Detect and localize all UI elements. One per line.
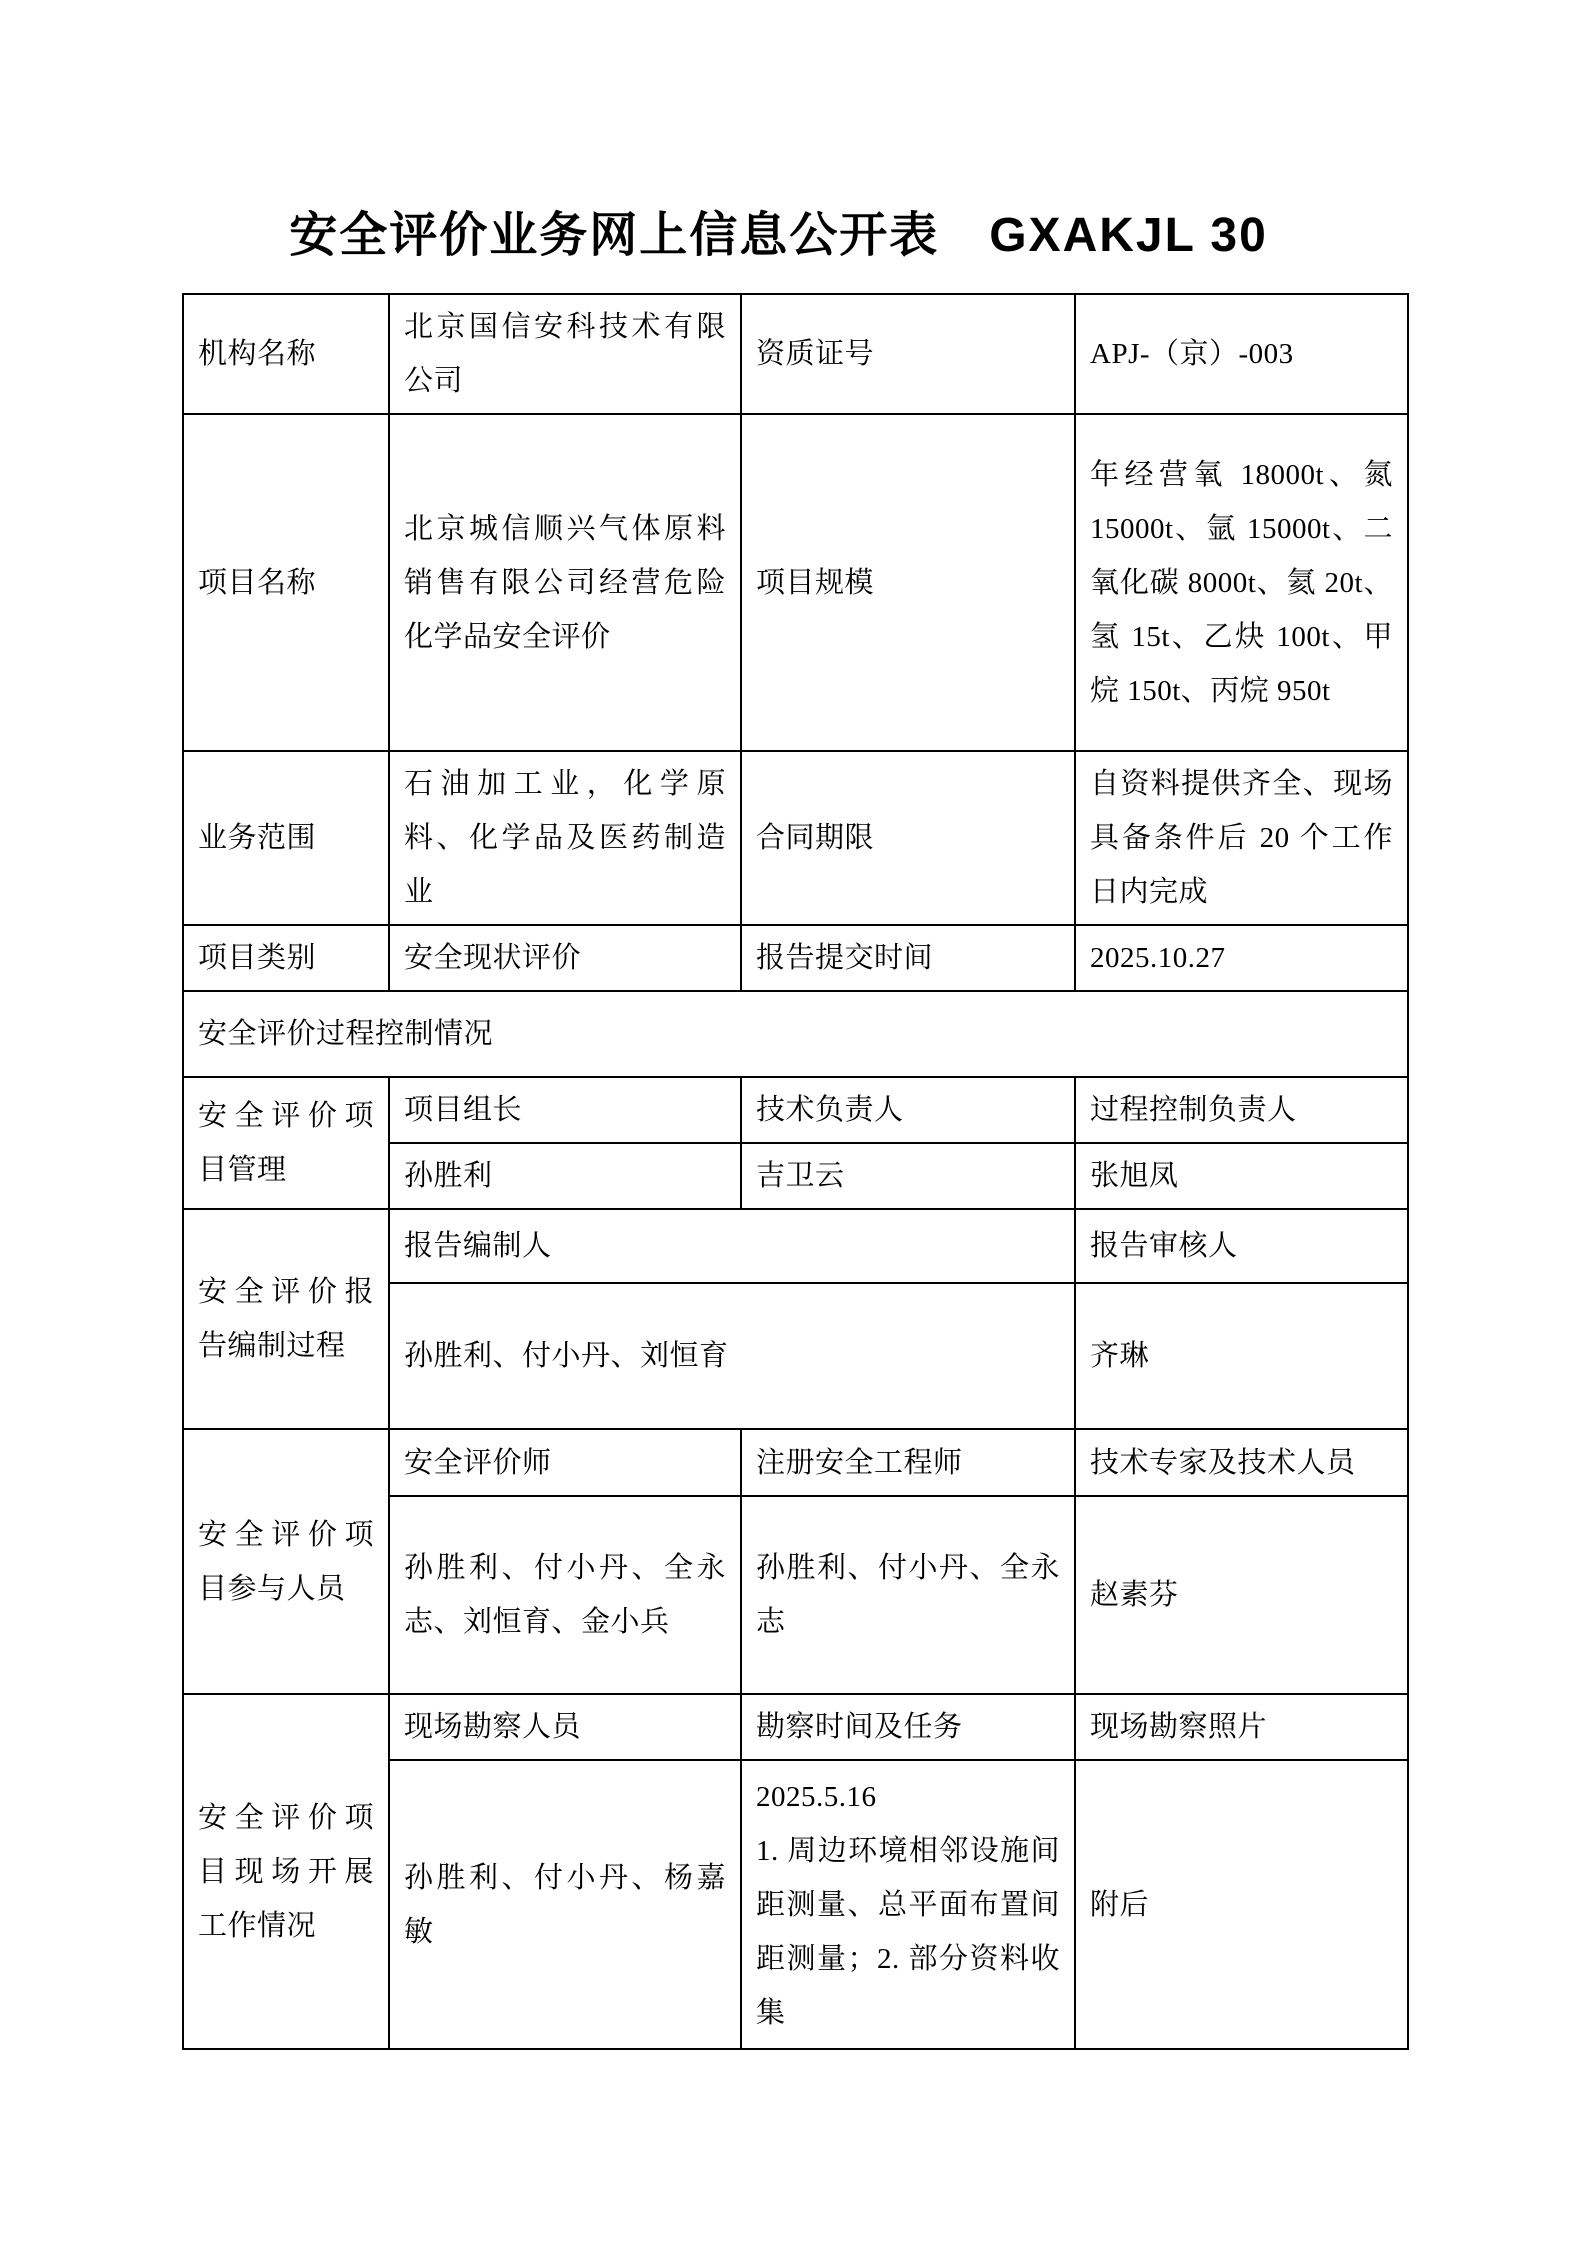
report-reviewer-label: 报告审核人 [1075,1209,1408,1283]
business-scope-value: 石油加工业，化学原料、化学品及医药制造业 [389,751,741,925]
table-row: 业务范围 石油加工业，化学原料、化学品及医药制造业 合同期限 自资料提供齐全、现… [183,751,1408,925]
tech-experts-value: 赵素芬 [1075,1496,1408,1694]
org-name-label: 机构名称 [183,294,389,414]
tech-director-label: 技术负责人 [741,1077,1075,1143]
license-no-label: 资质证号 [741,294,1075,414]
safety-assessor-value: 孙胜利、付小丹、全永志、刘恒育、金小兵 [389,1496,741,1694]
project-scale-value: 年经营氧 18000t、氮 15000t、氩 15000t、二氧化碳 8000t… [1075,414,1408,751]
project-scale-label: 项目规模 [741,414,1075,751]
table-row: 项目类别 安全现状评价 报告提交时间 2025.10.27 [183,925,1408,991]
safety-assessor-label: 安全评价师 [389,1429,741,1496]
page-title: 安全评价业务网上信息公开表 GXAKJL 30 [150,196,1407,265]
project-type-value: 安全现状评价 [389,925,741,991]
site-survey-photos-label: 现场勘察照片 [1075,1694,1408,1760]
report-compilation-section-label: 安全评价报告编制过程 [183,1209,389,1429]
report-reviewer-value: 齐琳 [1075,1283,1408,1429]
business-scope-label: 业务范围 [183,751,389,925]
license-no-value: APJ-（京）-003 [1075,294,1408,414]
table-row: 项目名称 北京城信顺兴气体原料销售有限公司经营危险化学品安全评价 项目规模 年经… [183,414,1408,751]
team-leader-value: 孙胜利 [389,1143,741,1209]
contract-period-label: 合同期限 [741,751,1075,925]
disclosure-table: 机构名称 北京国信安科技术有限公司 资质证号 APJ-（京）-003 项目名称 … [182,293,1409,2050]
registered-engineer-label: 注册安全工程师 [741,1429,1075,1496]
tech-director-value: 吉卫云 [741,1143,1075,1209]
report-date-value: 2025.10.27 [1075,925,1408,991]
report-writer-label: 报告编制人 [389,1209,1075,1283]
table-row: 安全评价报告编制过程 报告编制人 报告审核人 [183,1209,1408,1283]
process-control-director-value: 张旭凤 [1075,1143,1408,1209]
table-row: 安全评价项目现场开展工作情况 现场勘察人员 勘察时间及任务 现场勘察照片 [183,1694,1408,1760]
process-control-section-header: 安全评价过程控制情况 [183,991,1408,1077]
project-name-value: 北京城信顺兴气体原料销售有限公司经营危险化学品安全评价 [389,414,741,751]
process-control-director-label: 过程控制负责人 [1075,1077,1408,1143]
table-row: 机构名称 北京国信安科技术有限公司 资质证号 APJ-（京）-003 [183,294,1408,414]
project-name-label: 项目名称 [183,414,389,751]
org-name-value: 北京国信安科技术有限公司 [389,294,741,414]
site-survey-personnel-value: 孙胜利、付小丹、杨嘉敏 [389,1760,741,2049]
team-leader-label: 项目组长 [389,1077,741,1143]
table-row: 安全评价过程控制情况 [183,991,1408,1077]
management-section-label: 安全评价项目管理 [183,1077,389,1209]
table-row: 安全评价项目管理 项目组长 技术负责人 过程控制负责人 [183,1077,1408,1143]
participants-section-label: 安全评价项目参与人员 [183,1429,389,1694]
site-survey-photos-value: 附后 [1075,1760,1408,2049]
survey-time-task-label: 勘察时间及任务 [741,1694,1075,1760]
project-type-label: 项目类别 [183,925,389,991]
report-date-label: 报告提交时间 [741,925,1075,991]
table-row: 安全评价项目参与人员 安全评价师 注册安全工程师 技术专家及技术人员 [183,1429,1408,1496]
contract-period-value: 自资料提供齐全、现场具备条件后 20 个工作日内完成 [1075,751,1408,925]
report-writer-value: 孙胜利、付小丹、刘恒育 [389,1283,1075,1429]
site-work-section-label: 安全评价项目现场开展工作情况 [183,1694,389,2049]
site-survey-personnel-label: 现场勘察人员 [389,1694,741,1760]
registered-engineer-value: 孙胜利、付小丹、全永志 [741,1496,1075,1694]
survey-time-task-value: 2025.5.16 1. 周边环境相邻设施间距测量、总平面布置间距测量；2. 部… [741,1760,1075,2049]
tech-experts-label: 技术专家及技术人员 [1075,1429,1408,1496]
